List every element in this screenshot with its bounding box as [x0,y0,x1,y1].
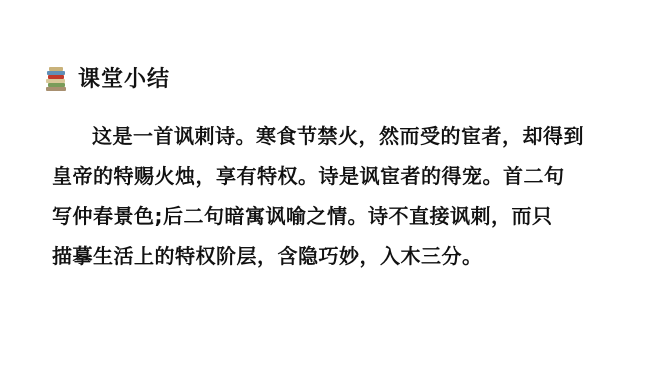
slide: 课堂小结 这是一首讽刺诗。寒食节禁火，然而受的宦者，却得到 皇帝的特赐火烛，享有… [0,0,668,376]
paragraph-line: 皇帝的特赐火烛，享有特权。诗是讽宦者的得宠。首二句 [52,156,622,196]
paragraph-line: 这是一首讽刺诗。寒食节禁火，然而受的宦者，却得到 [52,116,622,156]
paragraph-line: 描摹生活上的特权阶层，含隐巧妙，入木三分。 [52,236,622,276]
book-stack-icon [46,66,68,90]
section-title: 课堂小结 [78,62,170,93]
summary-paragraph: 这是一首讽刺诗。寒食节禁火，然而受的宦者，却得到 皇帝的特赐火烛，享有特权。诗是… [52,116,622,276]
section-heading: 课堂小结 [46,60,170,94]
paragraph-line: 写仲春景色;后二句暗寓讽喻之情。诗不直接讽刺，而只 [52,196,622,236]
